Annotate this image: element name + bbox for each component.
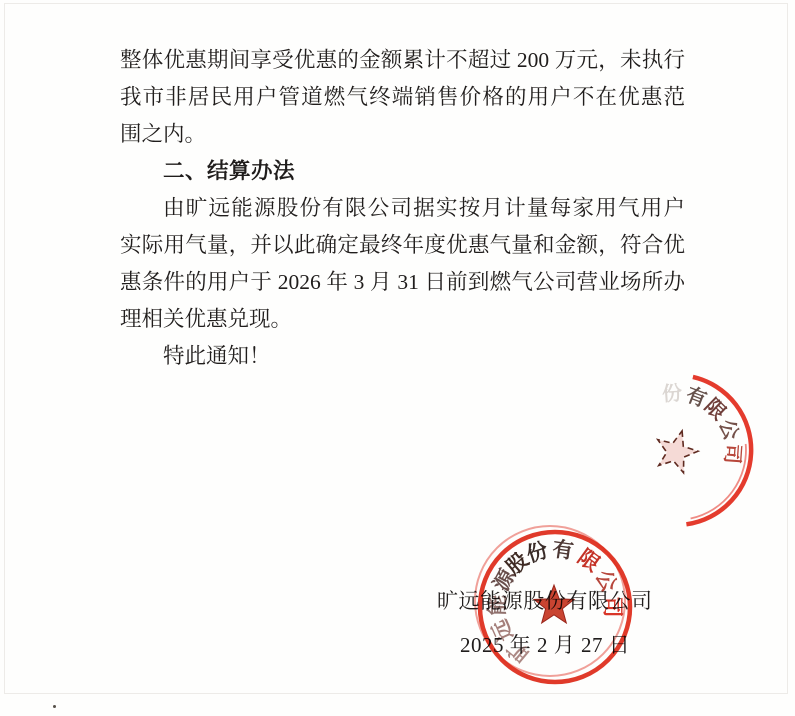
signature-company-name: 旷远能源股份有限公司 (437, 585, 652, 615)
seal-text-char: 股 (502, 548, 534, 580)
seal-star-icon (658, 431, 698, 473)
seal-text-char: 有 (551, 537, 575, 564)
document-line: 我市非居民用户管道燃气终端销售价格的用户不在优惠范 (120, 79, 685, 116)
seal-ring (686, 377, 751, 524)
seal-text-char: 司 (720, 443, 744, 465)
seal-text-char: 限 (700, 394, 730, 424)
document-line: 惠条件的用户于 2026 年 3 月 31 日前到燃气公司营业场所办 (120, 264, 685, 301)
document-line: 实际用气量，并以此确定最终年度优惠气量和金额，符合优 (120, 227, 685, 264)
company-seal-stamp-partial: 份有限公司 (658, 377, 751, 524)
seal-text-char: 公 (714, 416, 743, 444)
signature-date: 2025 年 2 月 27 日 (460, 629, 630, 659)
document-line: 围之内。 (120, 116, 685, 153)
scan-speck (53, 705, 56, 708)
document-heading-line: 二、结算办法 (120, 153, 685, 190)
document-body: 整体优惠期间享受优惠的金额累计不超过 200 万元，未执行我市非居民用户管道燃气… (120, 42, 685, 375)
document-line: 特此通知！ (120, 338, 685, 375)
seal-text-char: 限 (573, 545, 604, 576)
seal-text-char: 份 (661, 380, 683, 405)
document-line: 整体优惠期间享受优惠的金额累计不超过 200 万元，未执行 (120, 42, 685, 79)
seal-text-char: 有 (683, 382, 710, 412)
document-page: 整体优惠期间享受优惠的金额累计不超过 200 万元，未执行我市非居民用户管道燃气… (0, 0, 795, 716)
seal-ring (691, 444, 746, 519)
document-line: 由旷远能源股份有限公司据实按月计量每家用气用户 (120, 190, 685, 227)
document-line: 理相关优惠兑现。 (120, 301, 685, 338)
seal-text-char: 份 (524, 538, 551, 567)
